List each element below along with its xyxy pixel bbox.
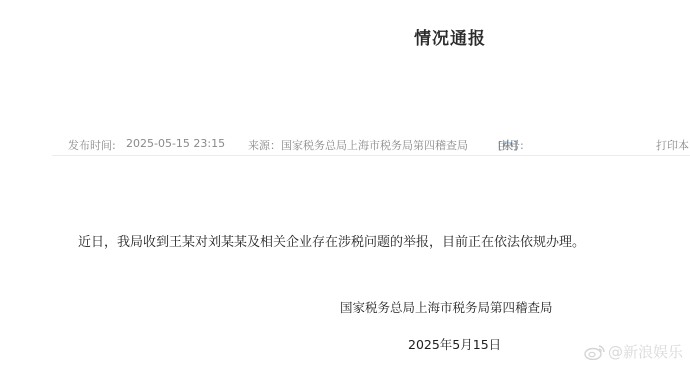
publish-time-label: 发布时间: [68,137,116,153]
print-link[interactable]: 打印本 [656,137,689,153]
article-date: 2025年5月15日 [408,335,501,353]
source-text: 来源：国家税务总局上海市税务局第四稽查局 [248,137,468,153]
page-title: 情况通报 [0,24,690,49]
publish-time-value: 2025-05-15 23:15 [126,137,225,150]
font-size-small-button[interactable]: [小] [498,137,518,153]
watermark-text: @新浪娱乐 [608,341,683,362]
watermark: @新浪娱乐 [584,341,683,362]
weibo-icon [584,344,606,360]
meta-divider [52,155,690,156]
article-signer: 国家税务总局上海市税务局第四稽查局 [340,298,553,316]
article-body: 近日，我局收到王某对刘某某及相关企业存在涉税问题的举报，目前正在依法依规办理。 [78,231,585,250]
